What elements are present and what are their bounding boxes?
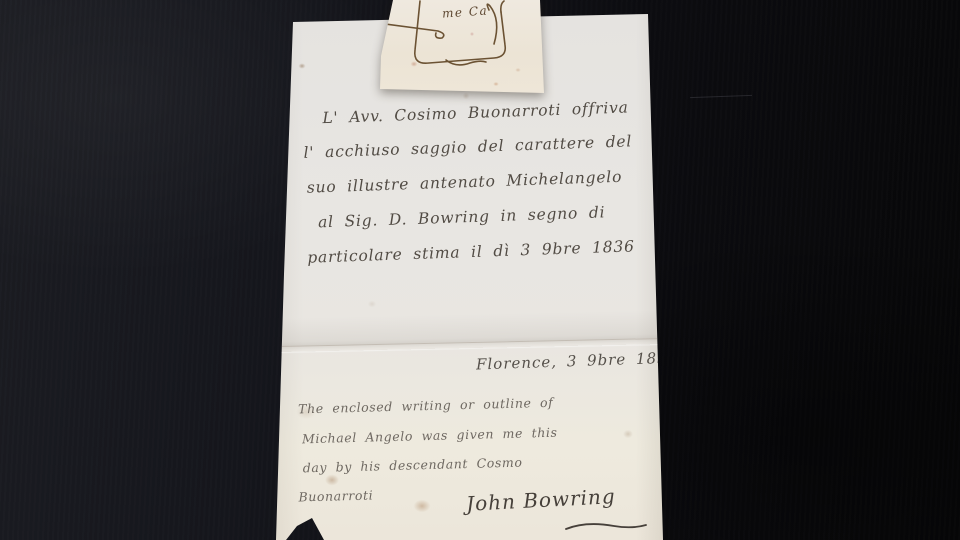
english-note-line-4: Buonarroti — [298, 487, 373, 504]
italian-note-line-5: particolare stima il dì 3 9bre 1836 — [307, 237, 635, 266]
italian-note-line-1: L' Avv. Cosimo Buonarroti offriva — [322, 98, 629, 127]
signature: John Bowring — [465, 484, 616, 516]
english-note: The enclosed writing or outline of Micha… — [276, 392, 663, 402]
english-note-line-3: day by his descendant Cosmo — [303, 455, 523, 476]
english-note-line-2: Michael Angelo was given me this — [302, 425, 558, 447]
dateline: Florence, 3 9bre 1836 — [476, 348, 679, 373]
slip-paper: me Ca — [376, 0, 556, 96]
italian-note-line-4: al Sig. D. Bowring in segno di — [318, 203, 606, 231]
english-note-line-1: The enclosed writing or outline of — [298, 395, 554, 417]
italian-note-line-2: l' acchiuso saggio del carattere del — [303, 132, 632, 161]
slip-fragment: me Ca — [376, 0, 556, 96]
italian-note-line-3: suo illustre antenato Michelangelo — [307, 168, 623, 197]
signature-flourish — [564, 520, 649, 534]
italian-note: L' Avv. Cosimo Buonarroti offriva l' acc… — [276, 97, 663, 111]
